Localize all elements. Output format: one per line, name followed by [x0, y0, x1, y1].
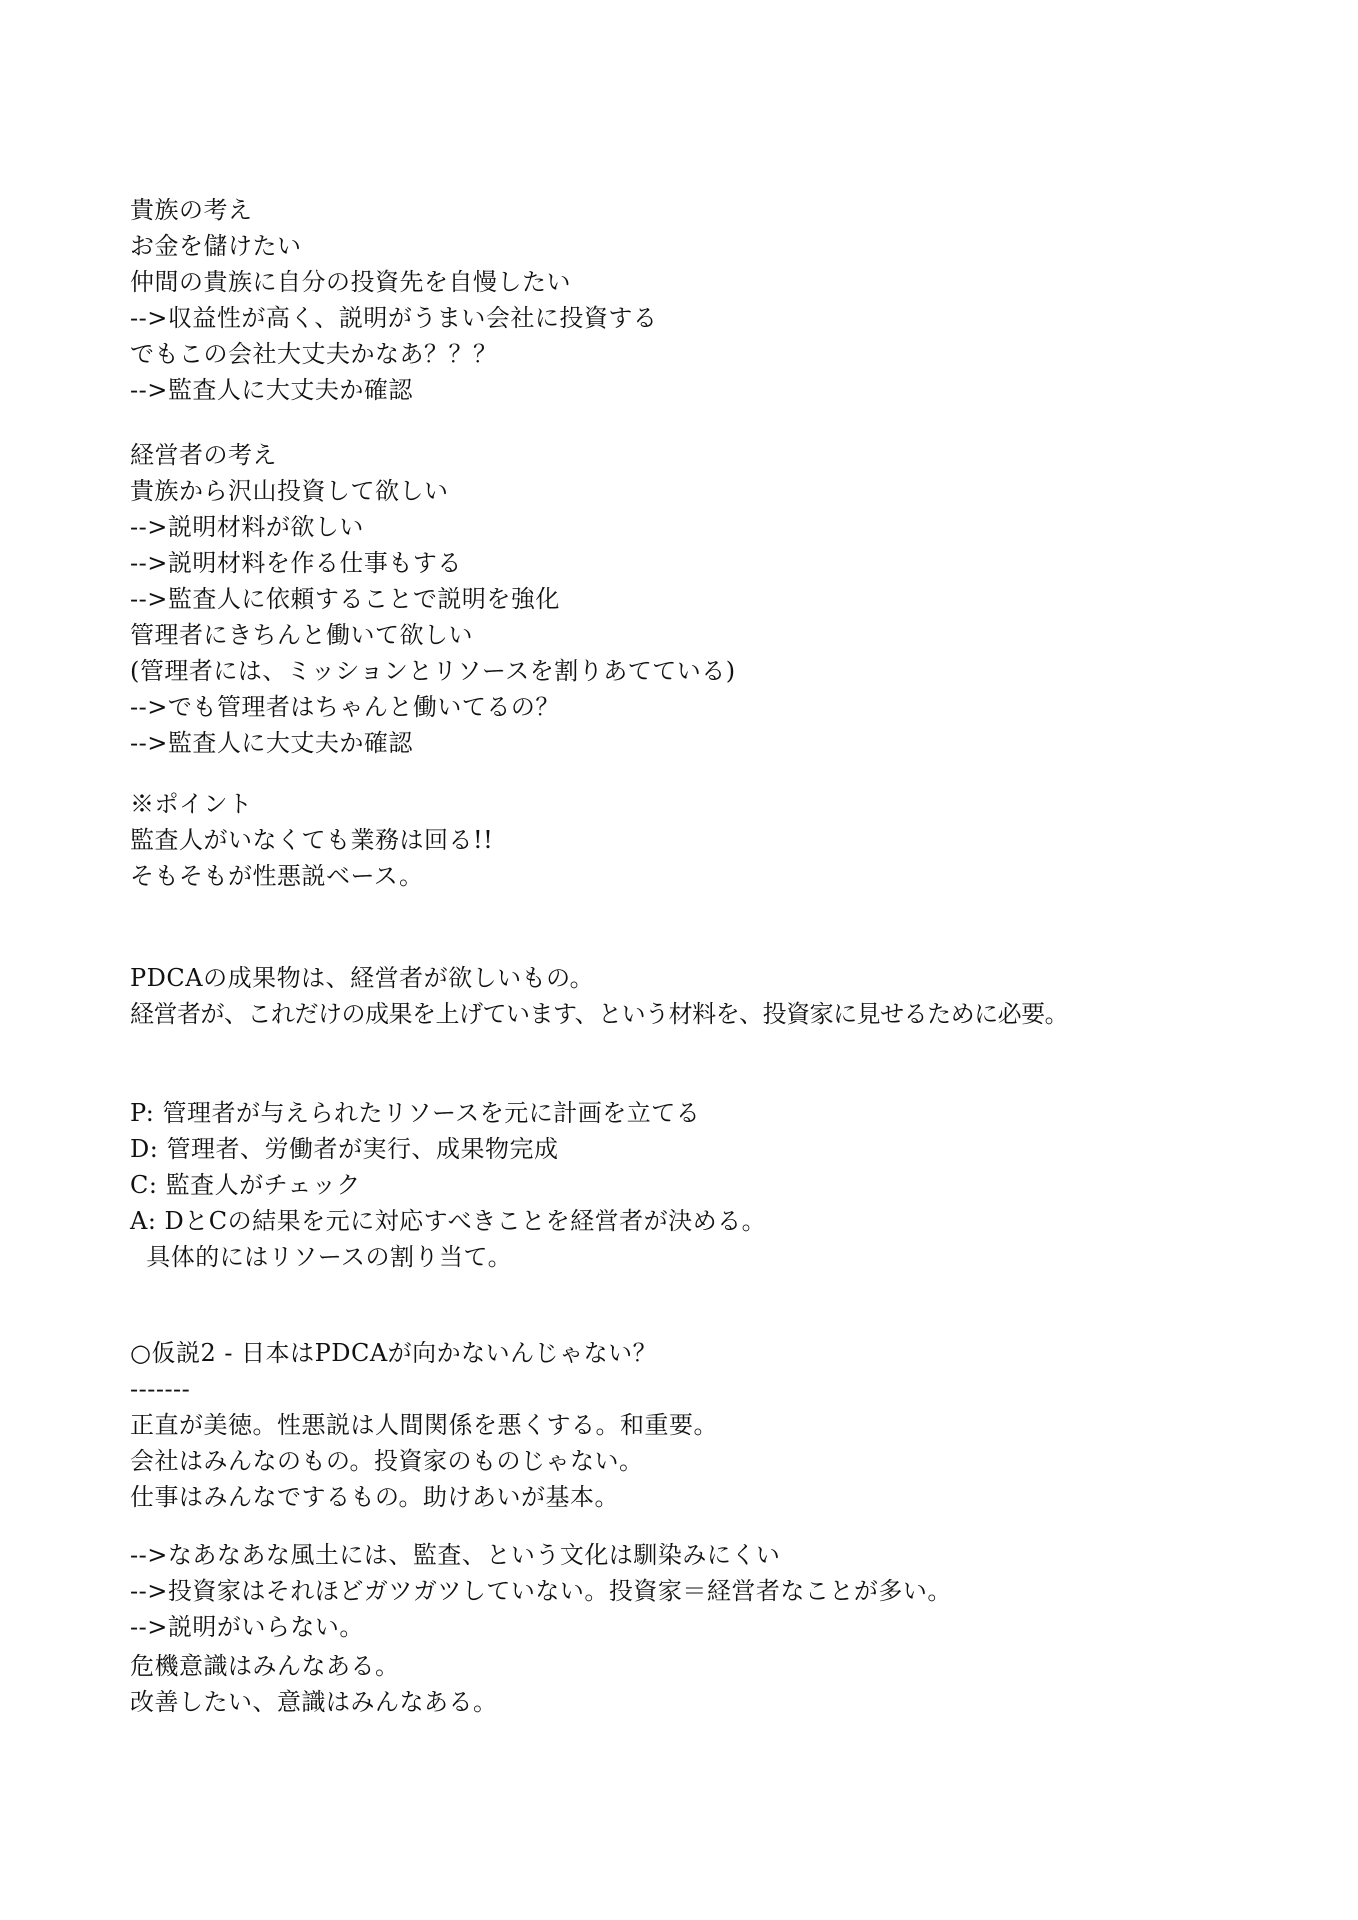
text-line: 会社はみんなのもの。投資家のものじゃない。	[130, 1443, 718, 1479]
text-line: 改善したい、意識はみんなある。	[130, 1684, 498, 1720]
text-line: (管理者には、ミッションとリソースを割りあてている)	[130, 653, 736, 689]
divider-line: -------	[130, 1371, 718, 1407]
text-line: -->なあなあな風土には、監査、という文化は馴染みにくい	[130, 1537, 952, 1573]
text-line: 管理者にきちんと働いて欲しい	[130, 617, 736, 653]
text-line: 仲間の貴族に自分の投資先を自慢したい	[130, 264, 657, 300]
section-awareness: 危機意識はみんなある。 改善したい、意識はみんなある。	[130, 1648, 498, 1720]
text-line: 経営者の考え	[130, 437, 736, 473]
section-keieisha: 経営者の考え 貴族から沢山投資して欲しい -->説明材料が欲しい -->説明材料…	[130, 437, 736, 761]
text-line: 経営者が、これだけの成果を上げています、という材料を、投資家に見せるために必要。	[130, 996, 1068, 1032]
section-pdca-steps: P: 管理者が与えられたリソースを元に計画を立てる D: 管理者、労働者が実行、…	[130, 1095, 766, 1275]
text-line: -->説明材料が欲しい	[130, 509, 736, 545]
text-line: A: DとCの結果を元に対応すべきことを経営者が決める。	[130, 1203, 766, 1239]
text-line: 正直が美徳。性悪説は人間関係を悪くする。和重要。	[130, 1407, 718, 1443]
text-line: -->投資家はそれほどガツガツしていない。投資家＝経営者なことが多い。	[130, 1573, 952, 1609]
section-culture: -->なあなあな風土には、監査、という文化は馴染みにくい -->投資家はそれほど…	[130, 1537, 952, 1645]
text-line: でもこの会社大丈夫かなあ？？？	[130, 336, 657, 372]
document-page: 貴族の考え お金を儲けたい 仲間の貴族に自分の投資先を自慢したい -->収益性が…	[0, 0, 1358, 1920]
text-line: 貴族から沢山投資して欲しい	[130, 473, 736, 509]
text-line: お金を儲けたい	[130, 228, 657, 264]
text-line: -->監査人に大丈夫か確認	[130, 372, 657, 408]
section-hypothesis2: ○仮説2 - 日本はPDCAが向かないんじゃない？ ------- 正直が美徳。…	[130, 1335, 718, 1515]
text-line: 監査人がいなくても業務は回る!!	[130, 822, 493, 858]
text-line: -->収益性が高く、説明がうまい会社に投資する	[130, 300, 657, 336]
text-line: ※ポイント	[130, 786, 493, 822]
heading-line: ○仮説2 - 日本はPDCAが向かないんじゃない？	[130, 1335, 718, 1371]
section-point: ※ポイント 監査人がいなくても業務は回る!! そもそもが性悪説ベース。	[130, 786, 493, 894]
text-line: C: 監査人がチェック	[130, 1167, 766, 1203]
text-line: -->説明がいらない。	[130, 1609, 952, 1645]
section-kizoku: 貴族の考え お金を儲けたい 仲間の貴族に自分の投資先を自慢したい -->収益性が…	[130, 192, 657, 408]
text-line: 具体的にはリソースの割り当て。	[130, 1239, 766, 1275]
text-line: 貴族の考え	[130, 192, 657, 228]
text-line: -->監査人に大丈夫か確認	[130, 725, 736, 761]
text-line: そもそもが性悪説ベース。	[130, 858, 493, 894]
text-line: PDCAの成果物は、経営者が欲しいもの。	[130, 960, 1068, 996]
text-line: -->でも管理者はちゃんと働いてるの？	[130, 689, 736, 725]
text-line: -->監査人に依頼することで説明を強化	[130, 581, 736, 617]
section-pdca-output: PDCAの成果物は、経営者が欲しいもの。 経営者が、これだけの成果を上げています…	[130, 960, 1068, 1032]
text-line: P: 管理者が与えられたリソースを元に計画を立てる	[130, 1095, 766, 1131]
text-line: -->説明材料を作る仕事もする	[130, 545, 736, 581]
text-line: D: 管理者、労働者が実行、成果物完成	[130, 1131, 766, 1167]
text-line: 仕事はみんなでするもの。助けあいが基本。	[130, 1479, 718, 1515]
text-line: 危機意識はみんなある。	[130, 1648, 498, 1684]
